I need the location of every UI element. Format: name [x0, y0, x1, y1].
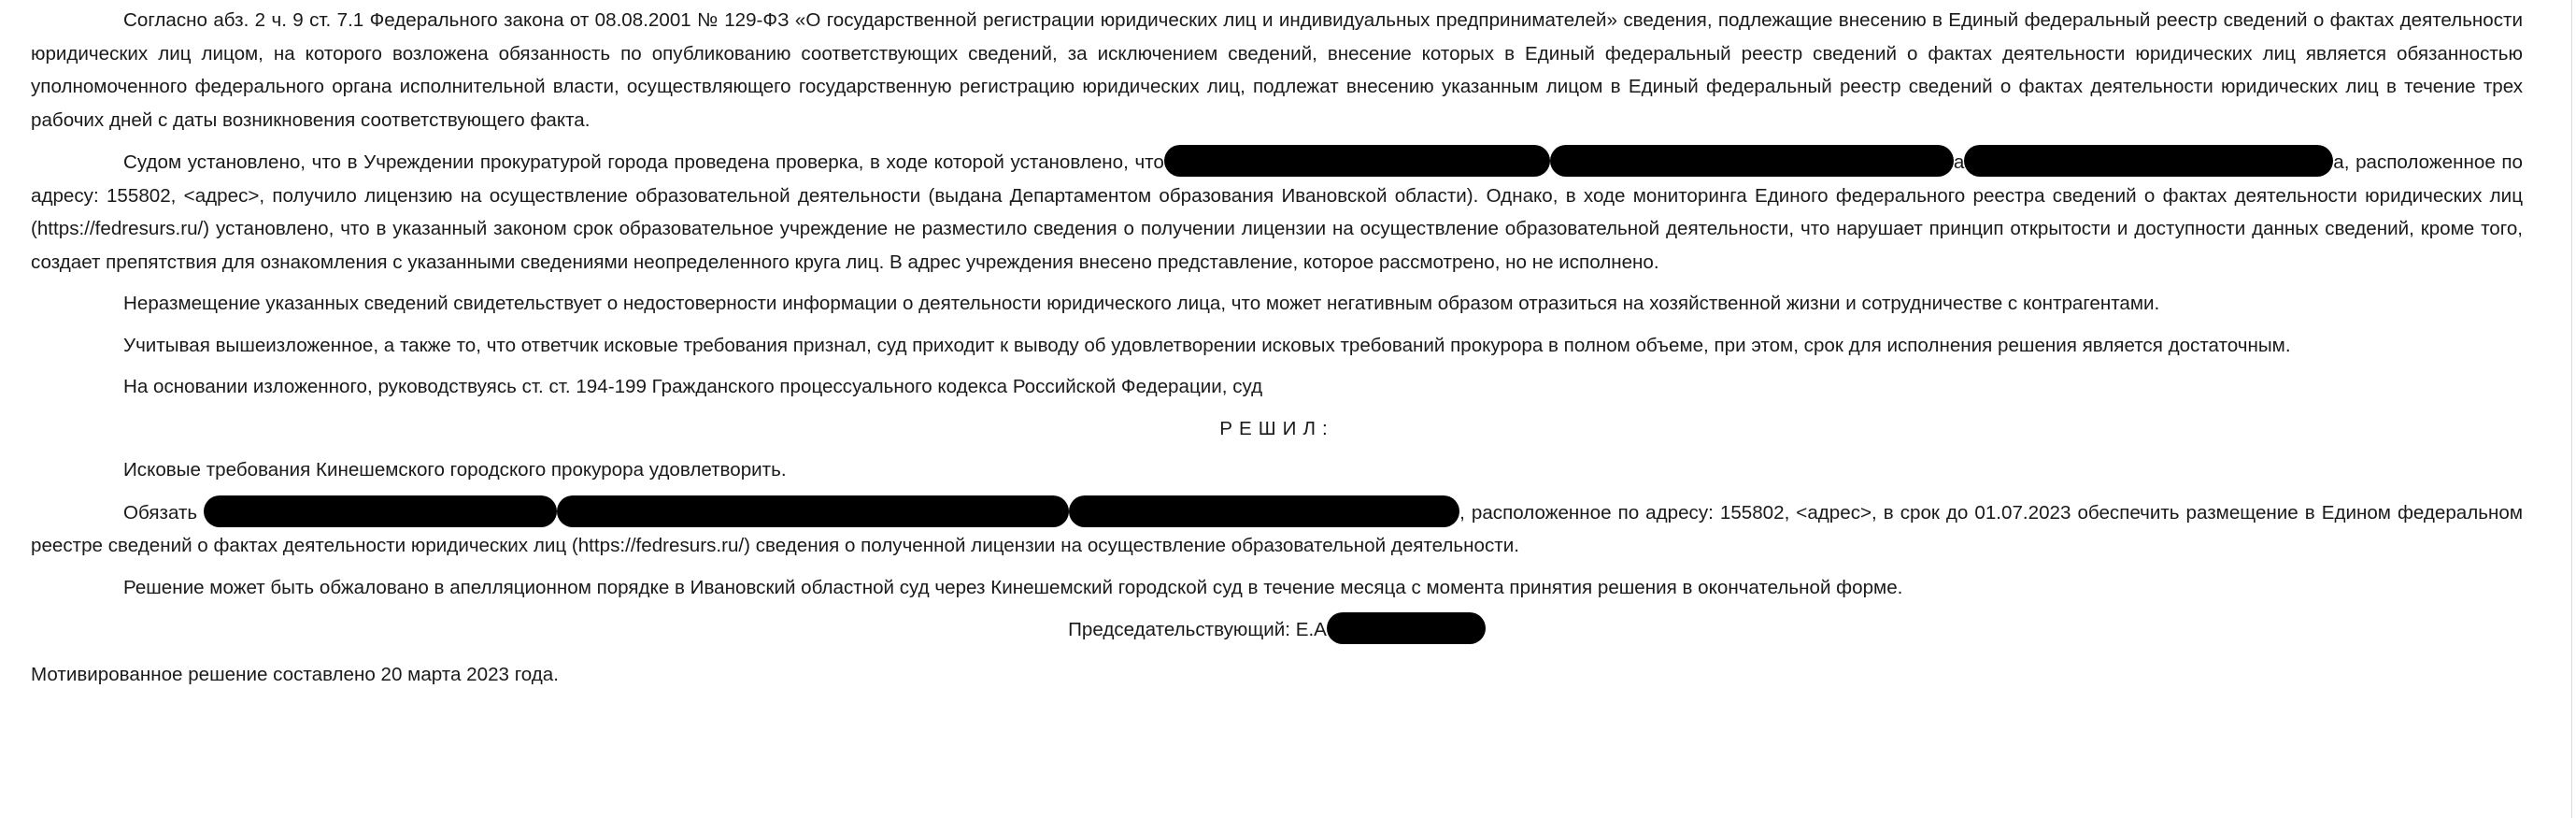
paragraph-court-findings: Судом установлено, что в Учреждении прок…: [31, 145, 2523, 279]
decision-heading: РЕШИЛ:: [31, 412, 2523, 446]
paragraph-legal-basis: Согласно абз. 2 ч. 9 ст. 7.1 Федеральног…: [31, 4, 2523, 136]
redaction-block: [557, 495, 1069, 527]
redaction-block: [1550, 145, 1954, 177]
page-edge-divider: [2571, 0, 2572, 818]
presiding-judge-signature: Председательствующий: Е.А: [31, 612, 2523, 647]
obligation-text-start: Обязать: [123, 502, 197, 524]
redaction-block: [204, 495, 557, 527]
redaction-block: [1327, 612, 1486, 644]
findings-text-start: Судом установлено, что в Учреждении прок…: [123, 151, 1164, 173]
redaction-block: [1069, 495, 1459, 527]
signature-label: Председательствующий: Е.А: [1068, 619, 1327, 640]
reasoned-decision-date: Мотивированное решение составлено 20 мар…: [31, 658, 2523, 692]
findings-text-fragment: а: [1954, 151, 1964, 173]
paragraph-non-placement: Неразмещение указанных сведений свидетел…: [31, 287, 2523, 321]
redaction-block: [1164, 145, 1550, 177]
paragraph-considering: Учитывая вышеизложенное, а также то, что…: [31, 329, 2523, 363]
paragraph-appeal: Решение может быть обжаловано в апелляци…: [31, 571, 2523, 605]
paragraph-legal-grounds: На основании изложенного, руководствуясь…: [31, 370, 2523, 404]
findings-text-fragment: а,: [2333, 151, 2349, 173]
paragraph-obligation: Обязать , расположенное по адресу: 15580…: [31, 495, 2523, 563]
redaction-block: [1964, 145, 2333, 177]
paragraph-claims-granted: Исковые требования Кинешемского городско…: [31, 453, 2523, 487]
court-decision-document: Согласно абз. 2 ч. 9 ст. 7.1 Федеральног…: [31, 4, 2523, 691]
